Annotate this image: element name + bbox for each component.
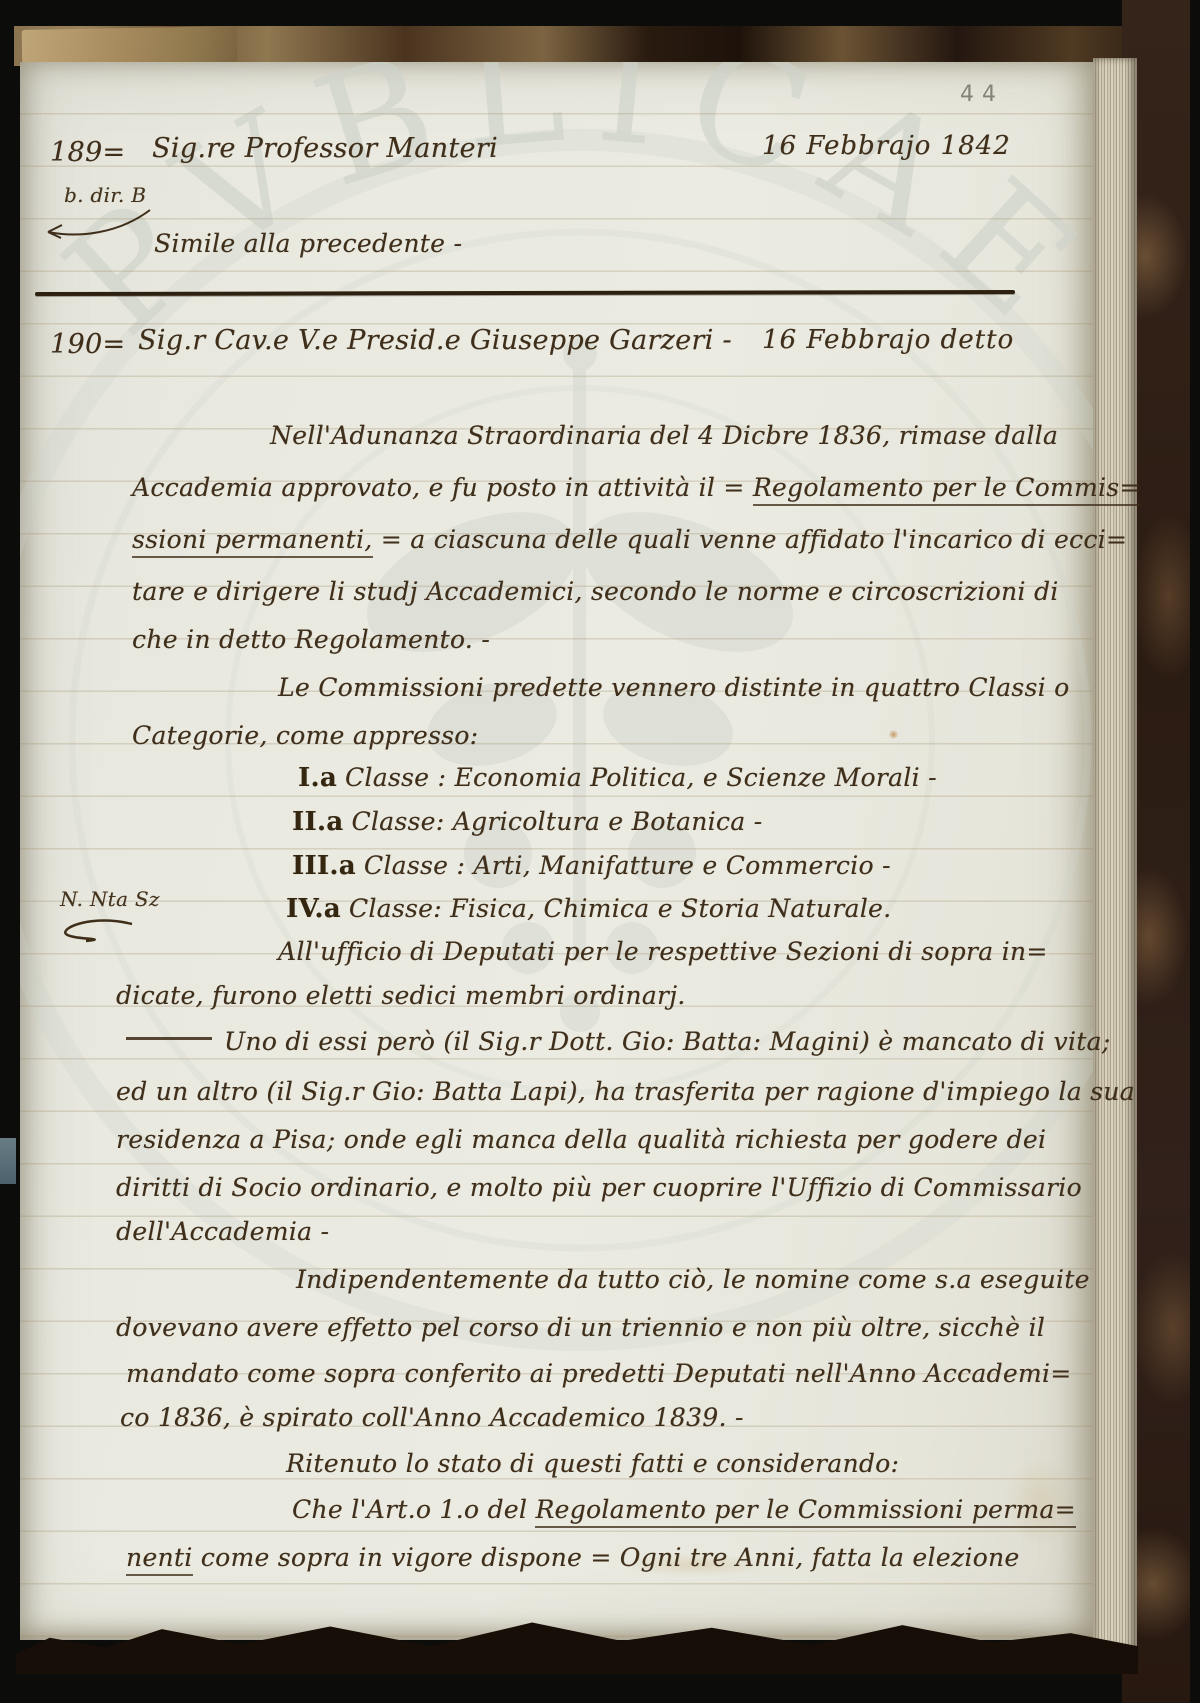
body-line: residenza a Pisa; onde egli manca della … xyxy=(116,1126,1046,1154)
class-numeral: II.a xyxy=(292,807,343,837)
body-line: che in detto Regolamento. - xyxy=(132,626,490,654)
body-line: diritti di Socio ordinario, e molto più … xyxy=(116,1174,1082,1202)
svg-text:PVBLICAE: PVBLICAE xyxy=(34,62,1093,368)
entry-189-date: 16 Febbrajo 1842 xyxy=(762,132,1011,161)
class-text: Classe : Economia Politica, e Scienze Mo… xyxy=(345,763,937,792)
body-line: Indipendentemente da tutto ciò, le nomin… xyxy=(296,1266,1090,1294)
margin-note-1: b. dir. B xyxy=(64,184,146,206)
body-line: Accademia approvato, e fu posto in attiv… xyxy=(132,474,1141,502)
body-line: mandato come sopra conferito ai predetti… xyxy=(126,1360,1071,1388)
body-line: dovevano avere effetto pel corso di un t… xyxy=(116,1314,1045,1342)
body-line: Che l'Art.o 1.o del Regolamento per le C… xyxy=(292,1496,1076,1524)
body-line: ssioni permanenti, = a ciascuna delle qu… xyxy=(132,526,1127,554)
class-text: Classe: Agricoltura e Botanica - xyxy=(351,807,762,836)
entry-189-number: 189= xyxy=(50,138,125,168)
background-edge xyxy=(1190,0,1200,1703)
class-item: I.aClasse : Economia Politica, e Scienze… xyxy=(298,764,937,793)
margin-note-2: N. Nta Sz xyxy=(60,888,160,910)
page-fore-edge-stack xyxy=(1093,58,1137,1650)
underlined-text: Regolamento per le Commissioni perma= xyxy=(535,1495,1075,1528)
entry-190-date: 16 Febbrajo detto xyxy=(762,326,1014,355)
class-item: II.aClasse: Agricoltura e Botanica - xyxy=(292,808,762,837)
hand-drawn-separator xyxy=(35,290,1015,296)
underlined-text: Regolamento per le Commis= xyxy=(753,473,1141,506)
class-numeral: I.a xyxy=(298,763,337,793)
body-line: Uno di essi però (il Sig.r Dott. Gio: Ba… xyxy=(126,1028,1110,1056)
body-text: = a ciascuna delle quali venne affidato … xyxy=(373,525,1128,554)
body-line: ed un altro (il Sig.r Gio: Batta Lapi), … xyxy=(116,1078,1135,1106)
body-line: dicate, furono eletti sedici membri ordi… xyxy=(116,982,686,1010)
body-line: co 1836, è spirato coll'Anno Accademico … xyxy=(120,1404,744,1432)
body-line: All'ufficio di Deputati per le respettiv… xyxy=(278,938,1048,966)
seal-text: PVBLICAE xyxy=(34,62,1093,368)
class-text: Classe: Fisica, Chimica e Storia Natural… xyxy=(349,894,891,923)
blue-edge-mark xyxy=(0,1138,16,1184)
body-line: Le Commissioni predette vennero distinte… xyxy=(278,674,1069,702)
rust-stain xyxy=(888,730,899,739)
body-line: Categorie, come appresso: xyxy=(132,722,478,750)
body-line: Nell'Adunanza Straordinaria del 4 Dicbre… xyxy=(270,422,1058,450)
manuscript-photo: PVBLICAE 44 189= Sig.re Professor Manter… xyxy=(0,0,1200,1703)
entry-190-title: Sig.r Cav.e V.e Presid.e Giuseppe Garzer… xyxy=(138,326,732,356)
margin-flourish-arrow-icon xyxy=(38,204,158,244)
body-text: Accademia approvato, e fu posto in attiv… xyxy=(132,473,753,502)
entry-189-line: Simile alla precedente - xyxy=(154,230,462,258)
class-item: IV.aClasse: Fisica, Chimica e Storia Nat… xyxy=(286,895,891,924)
body-line: nenti come sopra in vigore dispone = Ogn… xyxy=(126,1544,1020,1572)
page-number: 44 xyxy=(960,82,1004,107)
class-numeral: III.a xyxy=(292,851,356,881)
body-line: Ritenuto lo stato di questi fatti e cons… xyxy=(286,1450,899,1478)
body-text: Uno di essi però (il Sig.r Dott. Gio: Ba… xyxy=(224,1027,1110,1056)
underlined-text: ssioni permanenti, xyxy=(132,525,373,558)
underlined-text: nenti xyxy=(126,1543,193,1576)
body-line: dell'Accademia - xyxy=(116,1218,329,1246)
class-numeral: IV.a xyxy=(286,894,341,924)
body-text: Che l'Art.o 1.o del xyxy=(292,1495,535,1524)
body-text: come sopra in vigore dispone = Ogni tre … xyxy=(193,1543,1020,1572)
entry-189-title: Sig.re Professor Manteri xyxy=(152,134,498,164)
lead-dash xyxy=(126,1037,212,1040)
entry-190-number: 190= xyxy=(50,330,125,360)
class-item: III.aClasse : Arti, Manifatture e Commer… xyxy=(292,852,891,881)
class-text: Classe : Arti, Manifatture e Commercio - xyxy=(364,851,891,880)
body-line: tare e dirigere li studj Accademici, sec… xyxy=(132,578,1059,606)
manuscript-page: PVBLICAE 44 189= Sig.re Professor Manter… xyxy=(20,62,1093,1640)
margin-flourish-icon xyxy=(52,918,142,944)
